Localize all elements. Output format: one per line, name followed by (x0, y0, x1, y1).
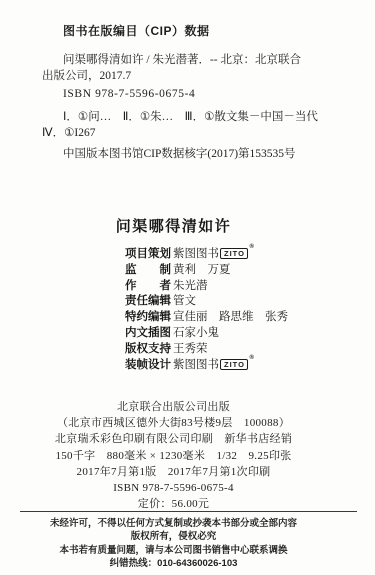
cip-class-line2: Ⅳ．①I267 (42, 127, 96, 139)
credits-list: 项目策划 紫图图书ZITO® 监 制 黄利 万夏 作 者 朱光潜 责任编辑 管文… (125, 247, 288, 373)
publisher-line: 北京联合出版公司出版 (0, 399, 347, 415)
zito-logo: ZITO® (220, 248, 248, 259)
cip-entry: 问渠哪得清如许 / 朱光潜著．-- 北京：北京联合 出版公司，2017.7 (42, 52, 342, 84)
credit-row-author: 作 者 朱光潜 (125, 279, 288, 295)
credit-label: 作 者 (125, 279, 173, 295)
credit-row-contributing-editors: 特约编辑 宣佳丽 路思维 张秀 (125, 310, 288, 326)
book-title: 问渠哪得清如许 (0, 215, 347, 236)
credit-row-responsible-editor: 责任编辑 管文 (125, 294, 288, 310)
credit-value: 石家小鬼 (173, 326, 219, 342)
credit-row-rights-support: 版权支持 王秀荣 (125, 342, 288, 358)
cip-header: 图书在版编目（CIP）数据 (42, 23, 342, 39)
hotline: 纠错热线：010-64360026-103 (0, 557, 347, 570)
cip-block: 图书在版编目（CIP）数据 问渠哪得清如许 / 朱光潜著．-- 北京：北京联合 … (42, 23, 342, 162)
credit-value: 朱光潜 (173, 279, 208, 295)
credit-label: 内文插图 (125, 326, 173, 342)
credit-value: 紫图图书ZITO® (173, 247, 248, 263)
registered-mark: ® (250, 355, 254, 361)
zito-logo: ZITO® (220, 359, 248, 370)
credit-value: 紫图图书ZITO® (173, 358, 248, 374)
rights-reserved: 版权所有，侵权必究 (0, 530, 347, 543)
isbn-line: ISBN 978-7-5596-0675-4 (0, 480, 347, 496)
credit-row-illustrations: 内文插图 石家小鬼 (125, 326, 288, 342)
registered-mark: ® (250, 244, 254, 250)
price-line: 定价：56.00元 (0, 496, 347, 512)
publishing-info: 北京联合出版公司出版 （北京市西城区德外大街83号楼9层 100088） 北京瑞… (0, 399, 347, 512)
format-specs: 150千字 880毫米 × 1230毫米 1/32 9.25印张 (0, 448, 347, 464)
copyright-warning: 未经许可，不得以任何方式复制或抄袭本书部分或全部内容 (0, 517, 347, 530)
edition-printing: 2017年7月第1版 2017年7月第1次印刷 (0, 464, 347, 480)
cip-class-line1: Ⅰ．①问… Ⅱ．①朱… Ⅲ．①散文集－中国－当代 (63, 111, 318, 123)
credit-label: 装帧设计 (125, 358, 173, 374)
credit-value: 宣佳丽 路思维 张秀 (173, 310, 288, 326)
publisher-address: （北京市西城区德外大街83号楼9层 100088） (0, 415, 347, 431)
credit-value: 黄利 万夏 (173, 263, 231, 279)
footer-notice: 未经许可，不得以任何方式复制或抄袭本书部分或全部内容 版权所有，侵权必究 本书若… (0, 517, 347, 571)
credit-label: 责任编辑 (125, 294, 173, 310)
credit-label: 项目策划 (125, 247, 173, 263)
colophon-page: 图书在版编目（CIP）数据 问渠哪得清如许 / 朱光潜著．-- 北京：北京联合 … (0, 0, 375, 575)
cip-isbn: ISBN 978-7-5596-0675-4 (42, 86, 342, 102)
quality-notice: 本书若有质量问题，请与本公司图书销售中心联系调换 (0, 544, 347, 557)
credit-row-book-design: 装帧设计 紫图图书ZITO® (125, 358, 288, 374)
printer-distributor: 北京瑞禾彩色印刷有限公司印刷 新华书店经销 (0, 431, 347, 447)
cip-entry-line1: 问渠哪得清如许 / 朱光潜著．-- 北京：北京联合 (63, 54, 301, 66)
credit-label: 特约编辑 (125, 310, 173, 326)
credit-row-project-planning: 项目策划 紫图图书ZITO® (125, 247, 288, 263)
credit-label: 版权支持 (125, 342, 173, 358)
cip-entry-line2: 出版公司，2017.7 (42, 70, 131, 82)
credit-value: 管文 (173, 294, 196, 310)
divider-rule (20, 511, 357, 512)
cip-record-number: 中国版本图书馆CIP数据核字(2017)第153535号 (42, 146, 342, 162)
credit-value: 王秀荣 (173, 342, 208, 358)
credit-row-supervisor: 监 制 黄利 万夏 (125, 263, 288, 279)
credit-label: 监 制 (125, 263, 173, 279)
cip-classification: Ⅰ．①问… Ⅱ．①朱… Ⅲ．①散文集－中国－当代 Ⅳ．①I267 (42, 109, 342, 141)
